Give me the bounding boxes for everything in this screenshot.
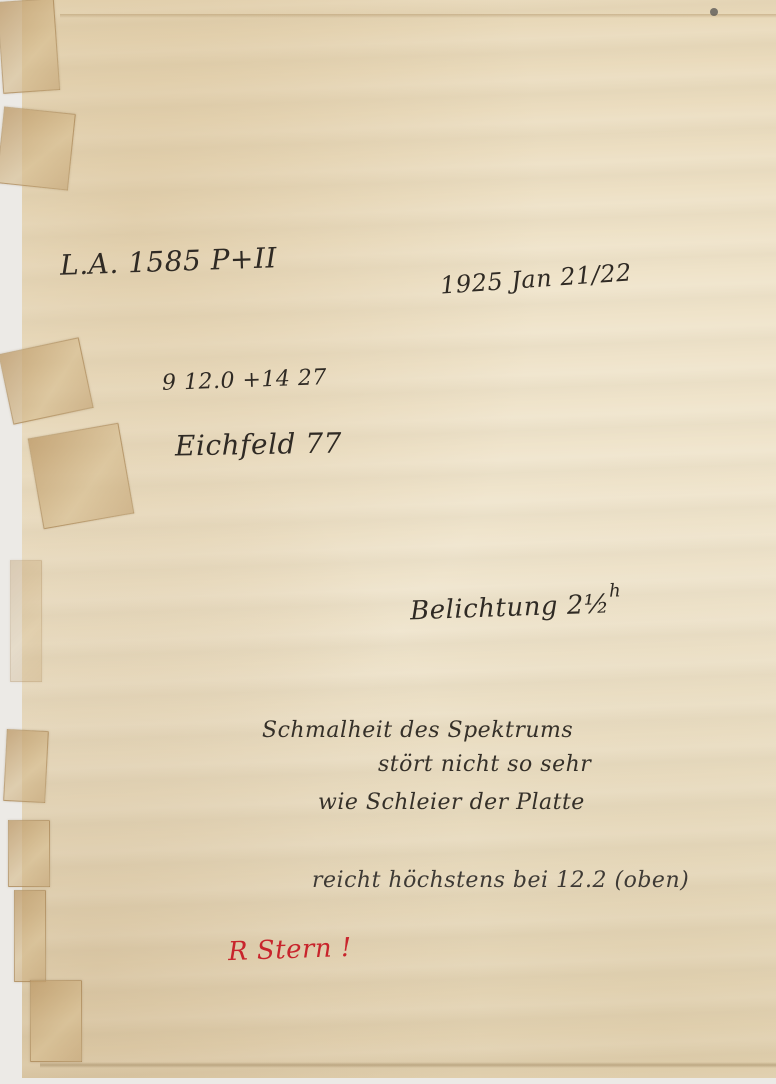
note-line-4: reicht höchstens bei 12.2 (oben)	[312, 868, 689, 893]
tape-strip	[30, 980, 82, 1062]
tape-strip	[3, 729, 49, 803]
top-fold-edge	[60, 14, 776, 18]
note-line-2: stört nicht so sehr	[378, 752, 591, 777]
exposure-unit: h	[609, 580, 622, 601]
note-line-3: wie Schleier der Platte	[318, 790, 585, 815]
note-line-1: Schmalheit des Spektrums	[262, 718, 573, 743]
tape-strip	[8, 820, 50, 887]
scanned-page: L.A. 1585 P+II 1925 Jan 21/22 9 12.0 +14…	[0, 0, 776, 1084]
red-star-note: R Stern !	[228, 933, 353, 967]
bottom-fold-edge	[40, 1062, 776, 1068]
tape-strip	[28, 423, 135, 530]
punch-hole	[710, 8, 718, 16]
envelope-sheet	[22, 0, 776, 1078]
tape-strip	[14, 890, 46, 982]
field-name: Eichfeld 77	[175, 427, 343, 463]
tape-strip	[10, 560, 42, 682]
tape-strip	[0, 106, 76, 190]
tape-strip	[0, 0, 60, 94]
